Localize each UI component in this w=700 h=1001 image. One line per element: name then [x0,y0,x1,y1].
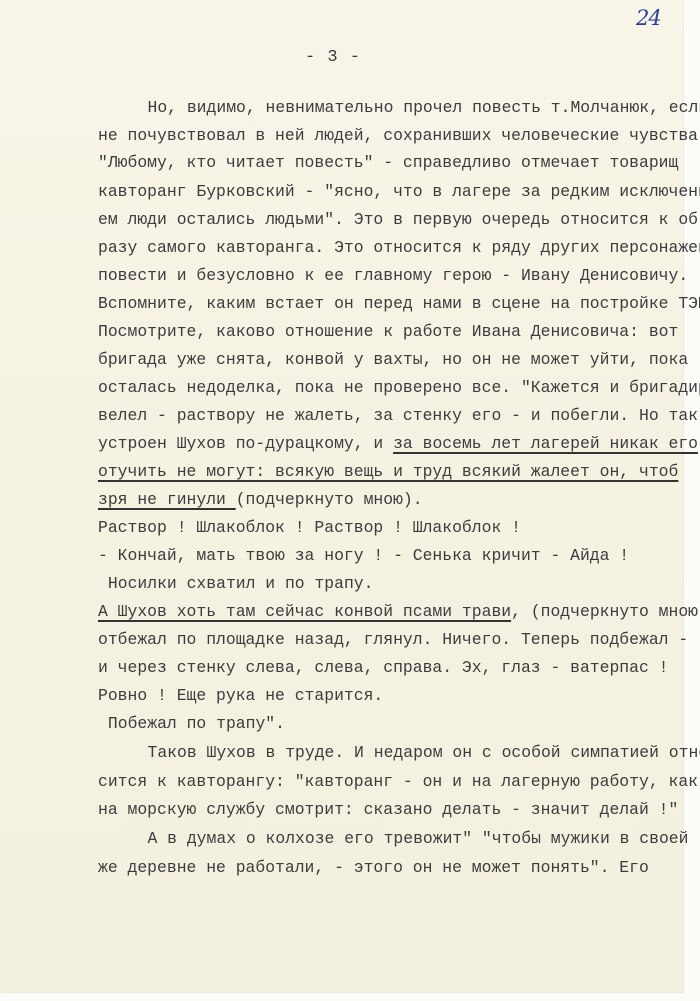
text-line: Посмотрите, каково отношение к работе Ив… [98,321,678,343]
line-text: Раствор ! Шлакоблок ! Раствор ! Шлакобло… [98,518,521,537]
line-text: повести и безусловно к ее главному герою… [98,266,688,285]
text-line: не почувствовал в ней людей, сохранивших… [98,125,700,147]
typewritten-page: 24 - 3 - Но, видимо, невнимательно проче… [0,0,683,992]
text-line: А Шухов хоть там сейчас конвой псами тра… [98,601,700,623]
line-text: Посмотрите, каково отношение к работе Ив… [98,322,678,341]
line-text: (подчеркнуто мною). [236,490,423,509]
line-text: А в думах о колхозе его тревожит" "чтобы… [148,829,689,848]
line-text: и через стенку слева, слева, справа. Эх,… [98,658,669,677]
line-text: велел - раствору не жалеть, за стенку ег… [98,406,698,425]
line-text: Носилки схватил и по трапу. [108,574,374,593]
line-text: Вспомните, каким встает он перед нами в … [98,294,700,313]
text-line: осталась недоделка, пока не проверено вс… [98,377,700,399]
line-text: на морскую службу смотрит: сказано делат… [98,800,678,819]
text-line: отучить не могут: всякую вещь и труд вся… [98,461,678,483]
text-line: Побежал по трапу". [108,713,285,735]
text-line: - Кончай, мать твою за ногу ! - Сенька к… [98,545,629,567]
text-line: Но, видимо, невнимательно прочел повесть… [148,97,700,119]
handwritten-folio-number: 24 [636,6,661,30]
text-line: повести и безусловно к ее главному герою… [98,265,688,287]
text-line: на морскую службу смотрит: сказано делат… [98,799,678,821]
text-line: и через стенку слева, слева, справа. Эх,… [98,657,669,679]
text-line: же деревне не работали, - этого он не мо… [98,857,649,879]
line-text: Таков Шухов в труде. И недаром он с особ… [148,743,700,762]
line-text: же деревне не работали, - этого он не мо… [98,858,649,877]
line-text: отбежал по площадке назад, глянул. Ничег… [98,630,688,649]
text-line: Таков Шухов в труде. И недаром он с особ… [148,742,700,764]
text-line: А в думах о колхозе его тревожит" "чтобы… [148,828,689,850]
line-text: разу самого кавторанга. Это относится к … [98,238,700,257]
text-line: устроен Шухов по-дурацкому, и за восемь … [98,433,698,455]
line-text: ем люди остались людьми". Это в первую о… [98,210,700,229]
text-line: бригада уже снята, конвой у вахты, но он… [98,349,688,371]
text-line: разу самого кавторанга. Это относится к … [98,237,700,259]
line-text: "Любому, кто читает повесть" - справедли… [98,153,678,172]
text-line: ем люди остались людьми". Это в первую о… [98,209,700,231]
line-text: Побежал по трапу". [108,714,285,733]
line-text: осталась недоделка, пока не проверено вс… [98,378,700,397]
text-line: Вспомните, каким встает он перед нами в … [98,293,700,315]
line-text: бригада уже снята, конвой у вахты, но он… [98,350,688,369]
line-text: сится к кавторангу: "кавторанг - он и на… [98,772,698,791]
text-line: сится к кавторангу: "кавторанг - он и на… [98,771,698,793]
underlined-text: зря не гинули [98,490,236,509]
underlined-text: за восемь лет лагерей никак его [393,434,698,453]
text-line: Ровно ! Еще рука не старится. [98,685,383,707]
underlined-text: А Шухов хоть там сейчас конвой псами тра… [98,602,511,621]
text-line: велел - раствору не жалеть, за стенку ег… [98,405,698,427]
line-text: Ровно ! Еще рука не старится. [98,686,383,705]
text-line: отбежал по площадке назад, глянул. Ничег… [98,629,688,651]
line-text: кавторанг Бурковский - "ясно, что в лаге… [98,182,700,201]
line-text: , (подчеркнуто мною) [511,602,700,621]
line-text: устроен Шухов по-дурацкому, и [98,434,393,453]
line-text: - Кончай, мать твою за ногу ! - Сенька к… [98,546,629,565]
text-line: Носилки схватил и по трапу. [108,573,374,595]
text-line: "Любому, кто читает повесть" - справедли… [98,152,678,174]
page-number: - 3 - [305,48,361,67]
line-text: не почувствовал в ней людей, сохранивших… [98,126,700,145]
underlined-text: отучить не могут: всякую вещь и труд вся… [98,462,678,481]
line-text: Но, видимо, невнимательно прочел повесть… [148,98,700,117]
text-line: зря не гинули (подчеркнуто мною). [98,489,423,511]
text-line: кавторанг Бурковский - "ясно, что в лаге… [98,181,700,203]
text-line: Раствор ! Шлакоблок ! Раствор ! Шлакобло… [98,517,521,539]
